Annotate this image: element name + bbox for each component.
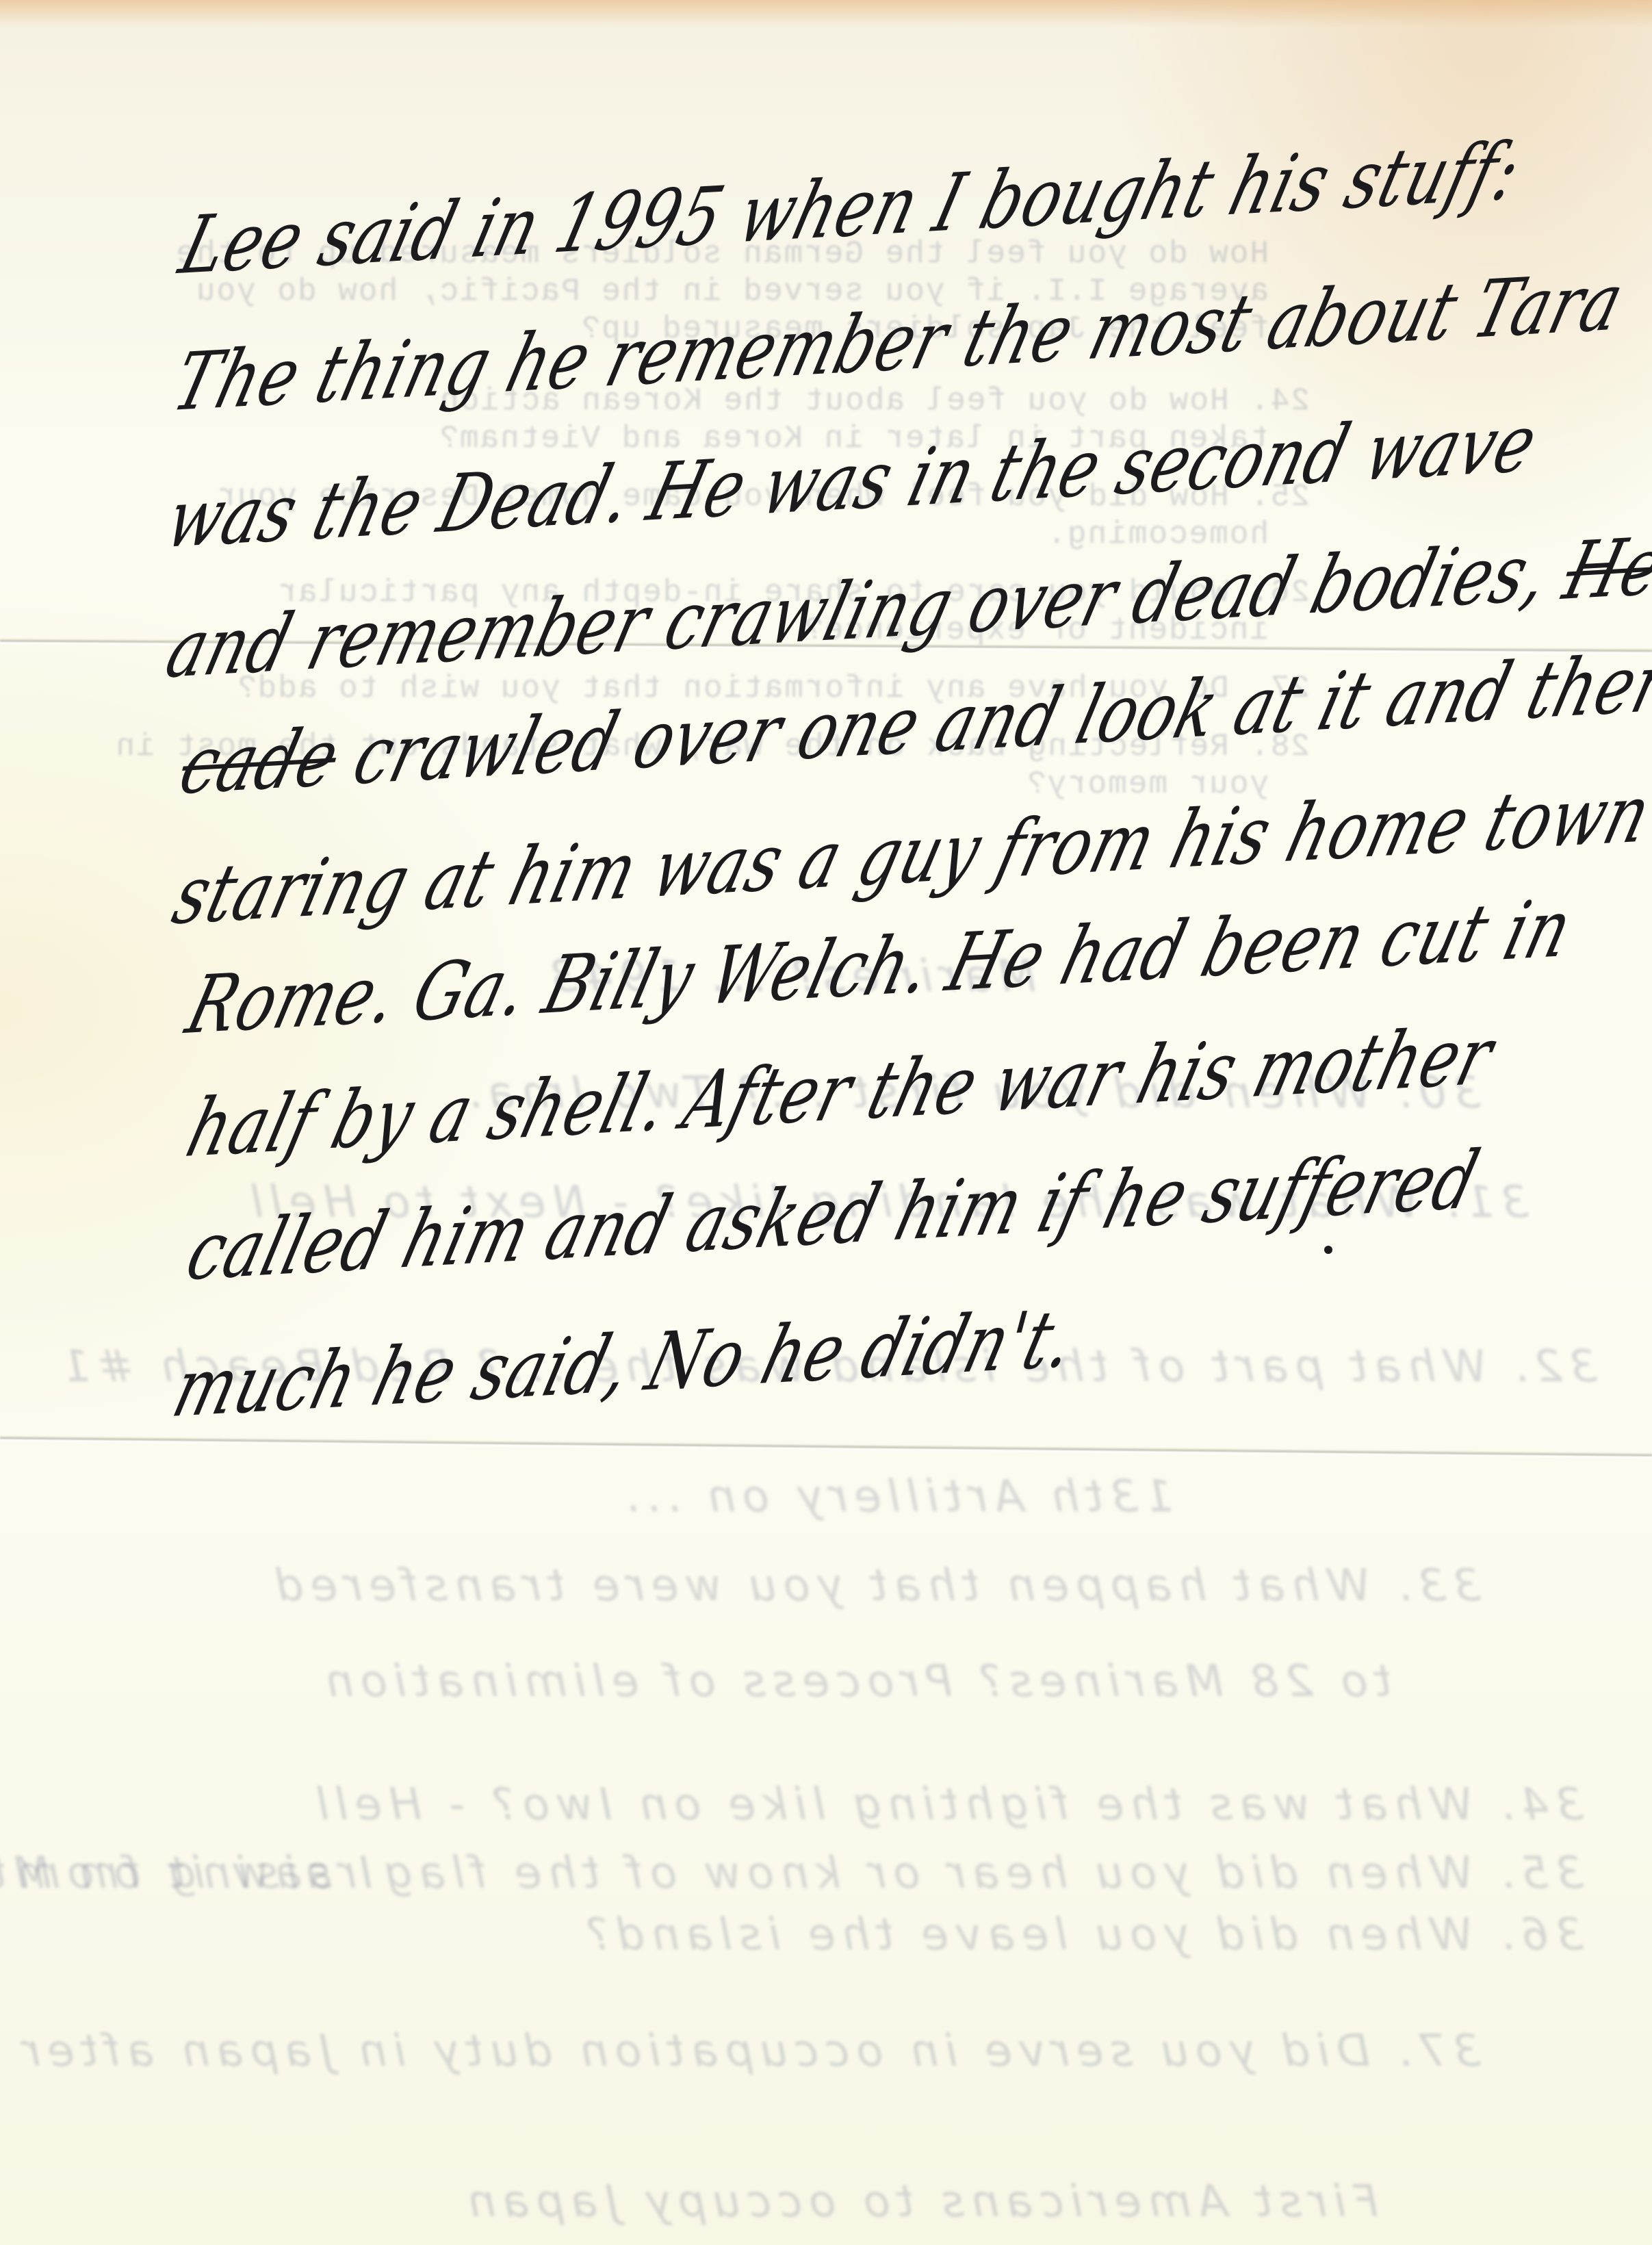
- struck-word: He: [1555, 519, 1652, 618]
- handwritten-line: The thing he remember the most about Tar…: [164, 255, 1633, 429]
- document-page: How do you feel the German soldiers meas…: [0, 0, 1652, 2245]
- ink-dot: [1324, 1246, 1332, 1254]
- struck-word: cade: [171, 711, 348, 812]
- handwritten-note: Lee said in 1995 when I bought his stuff…: [0, 0, 1652, 2245]
- handwritten-line: much he said, No he didn't.: [164, 1292, 1085, 1435]
- handwritten-line: Lee said in 1995 when I bought his stuff…: [171, 125, 1530, 292]
